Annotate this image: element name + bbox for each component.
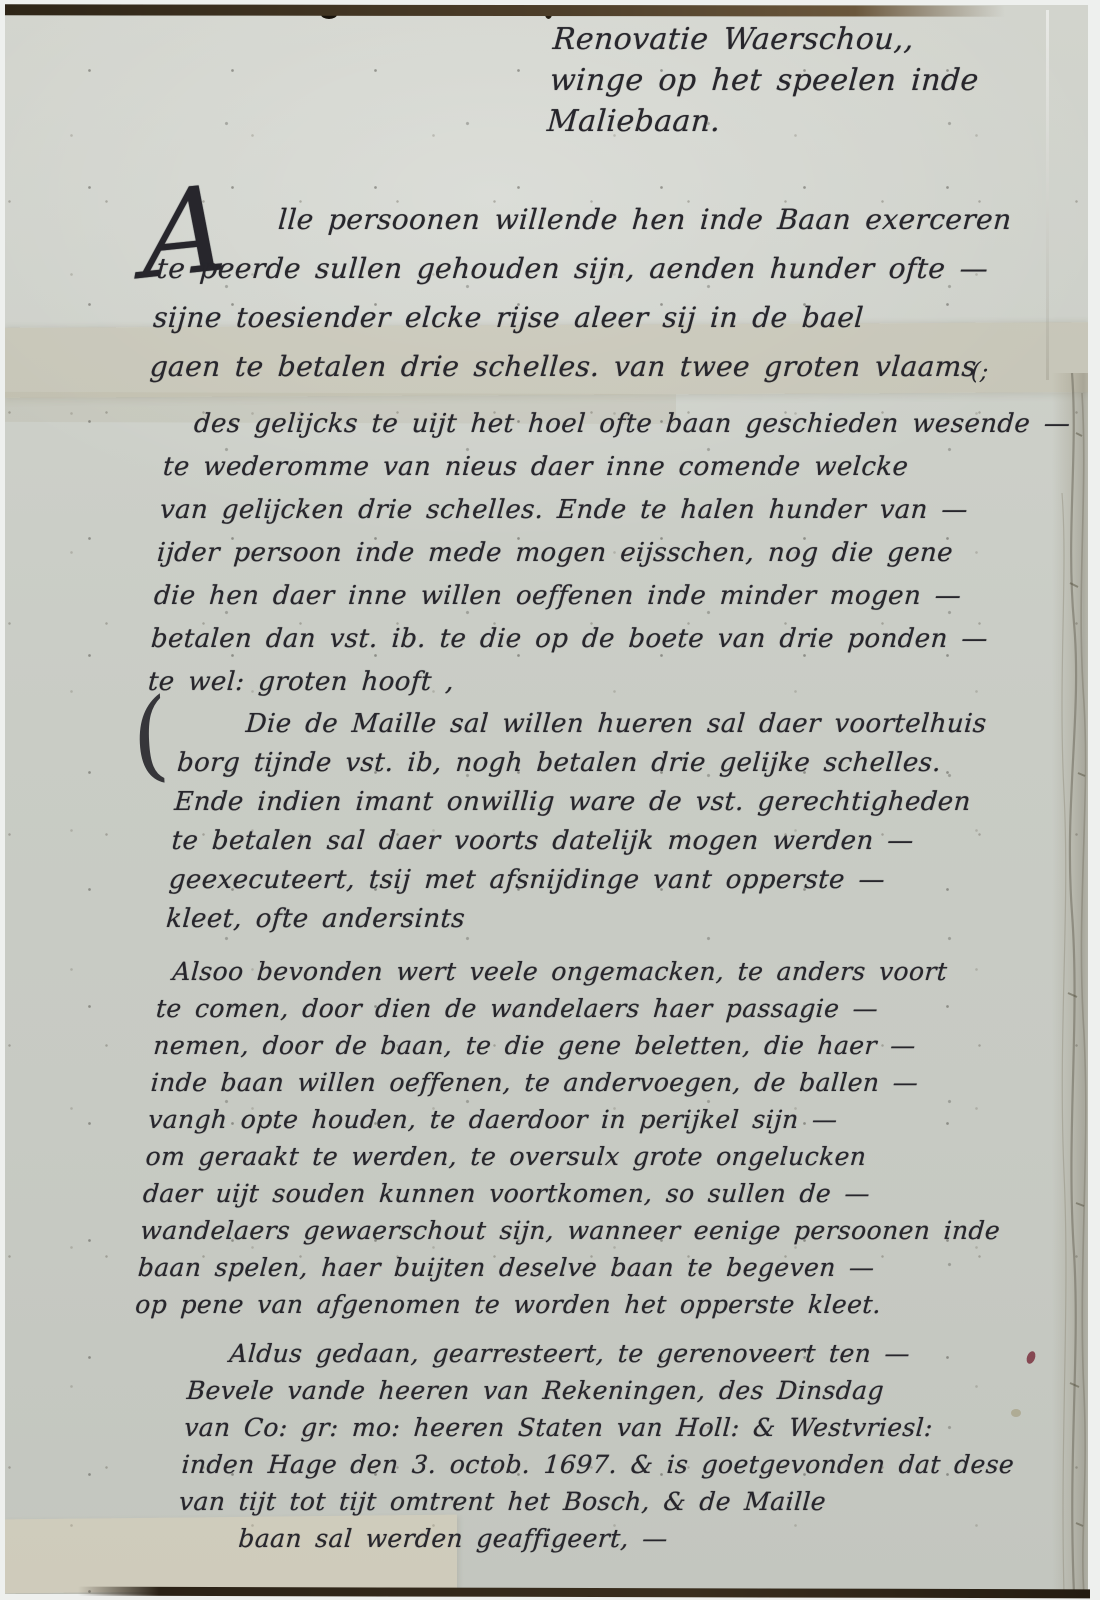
- manuscript-page: Renovatie Waerschou,,winge op het speele…: [5, 5, 1088, 1594]
- paragraph-2: des gelijcks te uijt het hoel ofte baan …: [146, 403, 1071, 704]
- photo-bottom-edge: [78, 1587, 1090, 1599]
- manuscript-line: om geraakt te werden, te oversulx grote …: [144, 1138, 1006, 1175]
- manuscript-line: ijder persoon inde mede mogen eijsschen,…: [155, 532, 1062, 575]
- manuscript-line: inde baan willen oeffenen, te andervoege…: [150, 1064, 1012, 1101]
- manuscript-line: winge op het speelen inde: [549, 60, 981, 101]
- manuscript-line: op pene van afgenomen te worden het oppe…: [134, 1286, 996, 1323]
- scanned-document-photo: Renovatie Waerschou,,winge op het speele…: [0, 0, 1100, 1600]
- manuscript-line: Aldus gedaan, gearresteert, te gerenovee…: [188, 1335, 1023, 1372]
- manuscript-line: daer uijt souden kunnen voortkomen, so s…: [142, 1175, 1004, 1212]
- manuscript-line: Ende indien imant onwillig ware de vst. …: [173, 783, 982, 822]
- manuscript-line: te wel: groten hooft ,: [146, 661, 1053, 704]
- manuscript-line: Bevele vande heeren van Rekeningen, des …: [186, 1372, 1021, 1409]
- manuscript-line: betalen dan vst. ib. te die op de boete …: [149, 618, 1056, 661]
- vertical-fold-line: [1046, 10, 1049, 380]
- manuscript-line: Alsoo bevonden wert veele ongemacken, te…: [157, 953, 1019, 990]
- manuscript-line: baan spelen, haer buijten deselve baan t…: [137, 1249, 999, 1286]
- manuscript-line: Renovatie Waerschou,,: [551, 19, 983, 60]
- manuscript-line: van tijt tot tijt omtrent het Bosch, & d…: [178, 1483, 1013, 1520]
- paragraph-5-closing: Aldus gedaan, gearresteert, te gerenovee…: [175, 1335, 1023, 1557]
- manuscript-line: Die de Maille sal willen hueren sal daer…: [178, 705, 987, 744]
- manuscript-line: te comen, door dien de wandelaers haer p…: [155, 990, 1017, 1027]
- manuscript-line: lle persoonen willende hen inde Baan exe…: [158, 195, 1013, 244]
- manuscript-line: die hen daer inne willen oeffenen inde m…: [152, 575, 1059, 618]
- manuscript-line: des gelijcks te uijt het hoel ofte baan …: [165, 403, 1072, 446]
- document-title: Renovatie Waerschou,,winge op het speele…: [546, 19, 983, 142]
- paragraph-3: Die de Maille sal willen hueren sal daer…: [165, 705, 988, 939]
- manuscript-line: te wederomme van nieus daer inne comende…: [162, 446, 1069, 489]
- manuscript-line: baan sal werden geaffigeert, —: [175, 1520, 1010, 1557]
- photo-top-edge: [5, 4, 1005, 16]
- manuscript-line: inden Hage den 3. octob. 1697. & is goet…: [180, 1446, 1015, 1483]
- paragraph-1: lle persoonen willende hen inde Baan exe…: [148, 195, 1013, 391]
- manuscript-line: van Co: gr: mo: heeren Staten van Holl: …: [183, 1409, 1018, 1446]
- paragraph-4: Alsoo bevonden wert veele ongemacken, te…: [134, 953, 1020, 1323]
- manuscript-line: borg tijnde vst. ib, nogh betalen drie g…: [176, 744, 985, 783]
- manuscript-line: sijne toesiender elcke rijse aleer sij i…: [152, 293, 1007, 342]
- red-stain: [1025, 1350, 1037, 1365]
- manuscript-line: Maliebaan.: [546, 101, 978, 142]
- manuscript-line: nemen, door de baan, te die gene belette…: [152, 1027, 1014, 1064]
- manuscript-line: vangh opte houden, te daerdoor in perijk…: [147, 1101, 1009, 1138]
- manuscript-line: wandelaers gewaerschout sijn, wanneer ee…: [139, 1212, 1001, 1249]
- manuscript-line: geexecuteert, tsij met afsnijdinge vant …: [168, 861, 977, 900]
- manuscript-line: gaen te betalen drie schelles. van twee …: [148, 342, 1003, 391]
- manuscript-line: te betalen sal daer voorts datelijk moge…: [170, 822, 979, 861]
- manuscript-line: kleet, ofte andersints: [165, 900, 974, 939]
- manuscript-line: van gelijcken drie schelles. Ende te hal…: [159, 489, 1066, 532]
- manuscript-line: te peerde sullen gehouden sijn, aenden h…: [155, 244, 1010, 293]
